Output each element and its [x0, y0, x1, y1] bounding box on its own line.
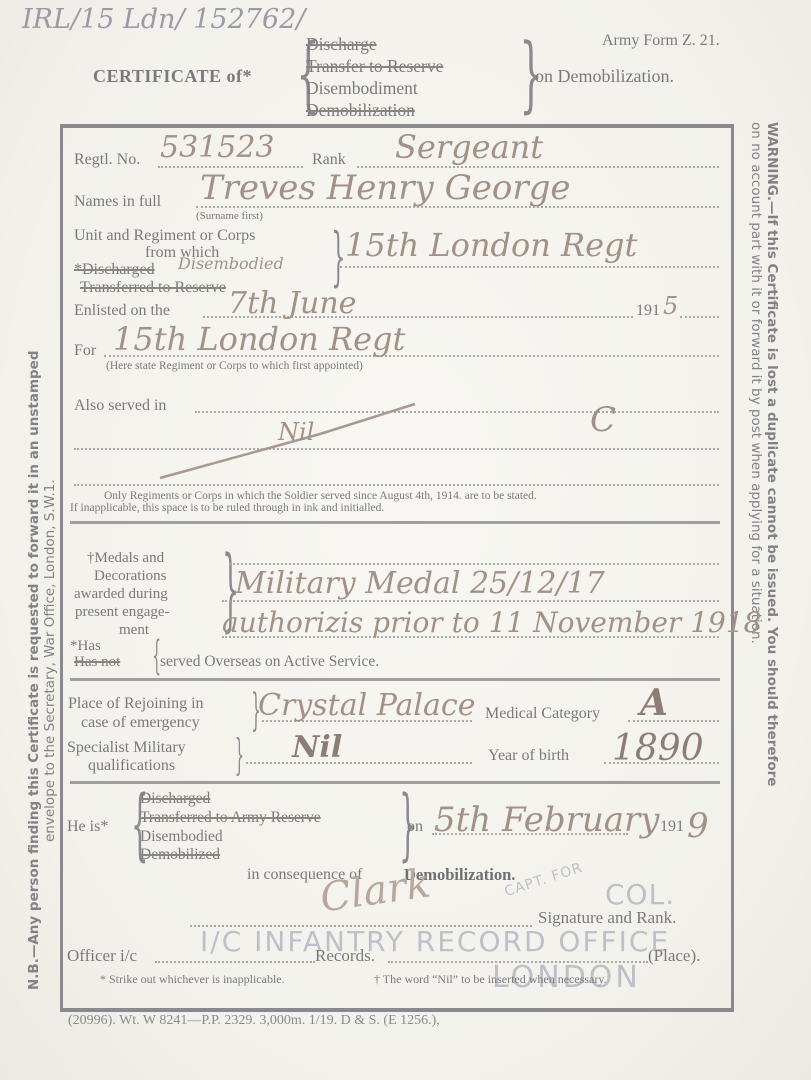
place-label: (Place).: [648, 946, 700, 966]
section-rule-2: [70, 678, 720, 681]
status-on-label: on: [407, 818, 423, 836]
medical-category-label: Medical Category: [485, 705, 600, 723]
names-value[interactable]: Treves Henry George: [200, 168, 570, 208]
title-option-demobilization: Demobilization: [306, 100, 415, 121]
enlisted-value[interactable]: 7th June: [228, 286, 356, 321]
side-note-left-line1: N.B.—Any person finding this Certificate…: [26, 350, 42, 990]
medals-label-line2: Decorations: [94, 568, 166, 585]
section-rule-3: [70, 781, 720, 784]
records-label: Records.: [315, 946, 375, 966]
enlisted-year-line: [680, 316, 719, 318]
unit-brace: }: [331, 222, 345, 292]
medals-value-line1[interactable]: Military Medal 25/12/17: [235, 566, 605, 601]
status-option-disembodied: Disembodied: [140, 828, 223, 846]
officer-line: [155, 961, 315, 963]
side-note-left-line2: envelope to the Secretary, War Office, L…: [42, 350, 58, 990]
certificate-title-suffix: on Demobilization.: [535, 66, 674, 87]
also-served-initials: C: [590, 400, 616, 440]
printer-line: (20996). Wt. W 8241—P.P. 2329. 3,000m. 1…: [68, 1013, 440, 1029]
status-option-discharged: Discharged: [140, 790, 210, 808]
stamp-col: COL.: [605, 878, 675, 911]
medals-label-line5: ment: [119, 622, 149, 639]
stamp-record-office: I/C INFANTRY RECORD OFFICE: [200, 925, 670, 958]
for-note: (Here state Regiment or Corps to which f…: [106, 360, 363, 372]
footnote-nil: † The word “Nil” to be inserted when nec…: [374, 972, 607, 987]
form-number: Army Form Z. 21.: [602, 32, 720, 50]
rejoining-label-line1: Place of Rejoining in: [68, 695, 204, 713]
rank-label: Rank: [312, 151, 346, 169]
also-served-note-line2: If inapplicable, this space is to be rul…: [70, 502, 384, 514]
status-year-prefix: 191: [660, 818, 684, 836]
overseas-option-has: *Has: [70, 638, 101, 655]
status-option-transferred: Transferred to Army Reserve: [140, 809, 321, 827]
medals-value-line2[interactable]: authorizis prior to 11 November 1918: [222, 606, 761, 639]
regtl-no-label: Regtl. No.: [74, 151, 140, 169]
title-option-transfer-to-reserve: Transfer to Reserve: [306, 56, 443, 77]
also-served-note-line1: Only Regiments or Corps in which the Sol…: [104, 490, 537, 502]
medals-label-line3: awarded during: [74, 586, 168, 603]
specialist-line: [246, 762, 472, 764]
enlisted-label: Enlisted on the: [74, 302, 170, 320]
for-value[interactable]: 15th London Regt: [113, 320, 405, 358]
officer-label: Officer i/c: [67, 946, 137, 966]
medals-label-line4: present engage-: [75, 604, 170, 621]
enlisted-year-digit[interactable]: 5: [663, 292, 678, 320]
unit-label-line1: Unit and Regiment or Corps: [74, 227, 255, 245]
status-option-demobilized: Demobilized: [140, 846, 220, 864]
rank-value[interactable]: Sergeant: [395, 128, 543, 166]
rejoining-value[interactable]: Crystal Palace: [258, 688, 475, 723]
names-note: (Surname first): [196, 210, 263, 222]
unit-value[interactable]: 15th London Regt: [345, 226, 637, 264]
year-of-birth-value[interactable]: 1890: [612, 728, 704, 769]
overseas-text: served Overseas on Active Service.: [160, 653, 379, 671]
specialist-label-line1: Specialist Military: [67, 739, 186, 757]
title-option-discharge: Discharge: [306, 34, 377, 55]
medals-line1: [230, 563, 719, 565]
status-label: He is*: [67, 818, 108, 836]
side-note-right: WARNING.—If this Certificate is lost a d…: [748, 122, 780, 786]
side-note-right-line1: WARNING.—If this Certificate is lost a d…: [764, 122, 780, 786]
enlisted-year-prefix: 191: [636, 302, 660, 320]
unit-inserted-disembodied: Disembodied: [178, 254, 284, 273]
names-label: Names in full: [74, 193, 161, 211]
certificate-title-prefix: CERTIFICATE of*: [93, 66, 252, 87]
side-note-left: N.B.—Any person finding this Certificate…: [26, 350, 58, 990]
for-label: For: [74, 342, 96, 360]
also-served-value[interactable]: Nil: [278, 418, 314, 446]
medical-category-value[interactable]: A: [640, 682, 668, 724]
regtl-no-value[interactable]: 531523: [160, 130, 275, 165]
rejoining-label-line2: case of emergency: [81, 714, 200, 732]
side-note-right-line2: on no account part with it or forward it…: [748, 122, 764, 786]
footnote-strike: * Strike out whichever is inapplicable.: [100, 972, 285, 987]
specialist-value[interactable]: Nil: [292, 730, 342, 765]
title-option-disembodiment: Disembodiment: [306, 78, 418, 99]
unit-option-discharged: *Discharged: [74, 261, 155, 279]
overseas-option-has-not: Has not: [74, 654, 120, 671]
status-year-digit[interactable]: 9: [687, 806, 709, 846]
status-date-value[interactable]: 5th February: [434, 800, 660, 840]
section-rule-1: [70, 521, 720, 524]
unit-option-transferred: Transferred to Reserve: [80, 279, 226, 297]
handwritten-reference: IRL/15 Ldn/ 152762/: [22, 4, 305, 35]
year-of-birth-label: Year of birth: [488, 747, 569, 765]
specialist-brace: }: [235, 733, 244, 777]
unit-line: [340, 266, 719, 268]
medals-label-line1: †Medals and: [87, 550, 164, 567]
specialist-label-line2: qualifications: [88, 757, 175, 775]
